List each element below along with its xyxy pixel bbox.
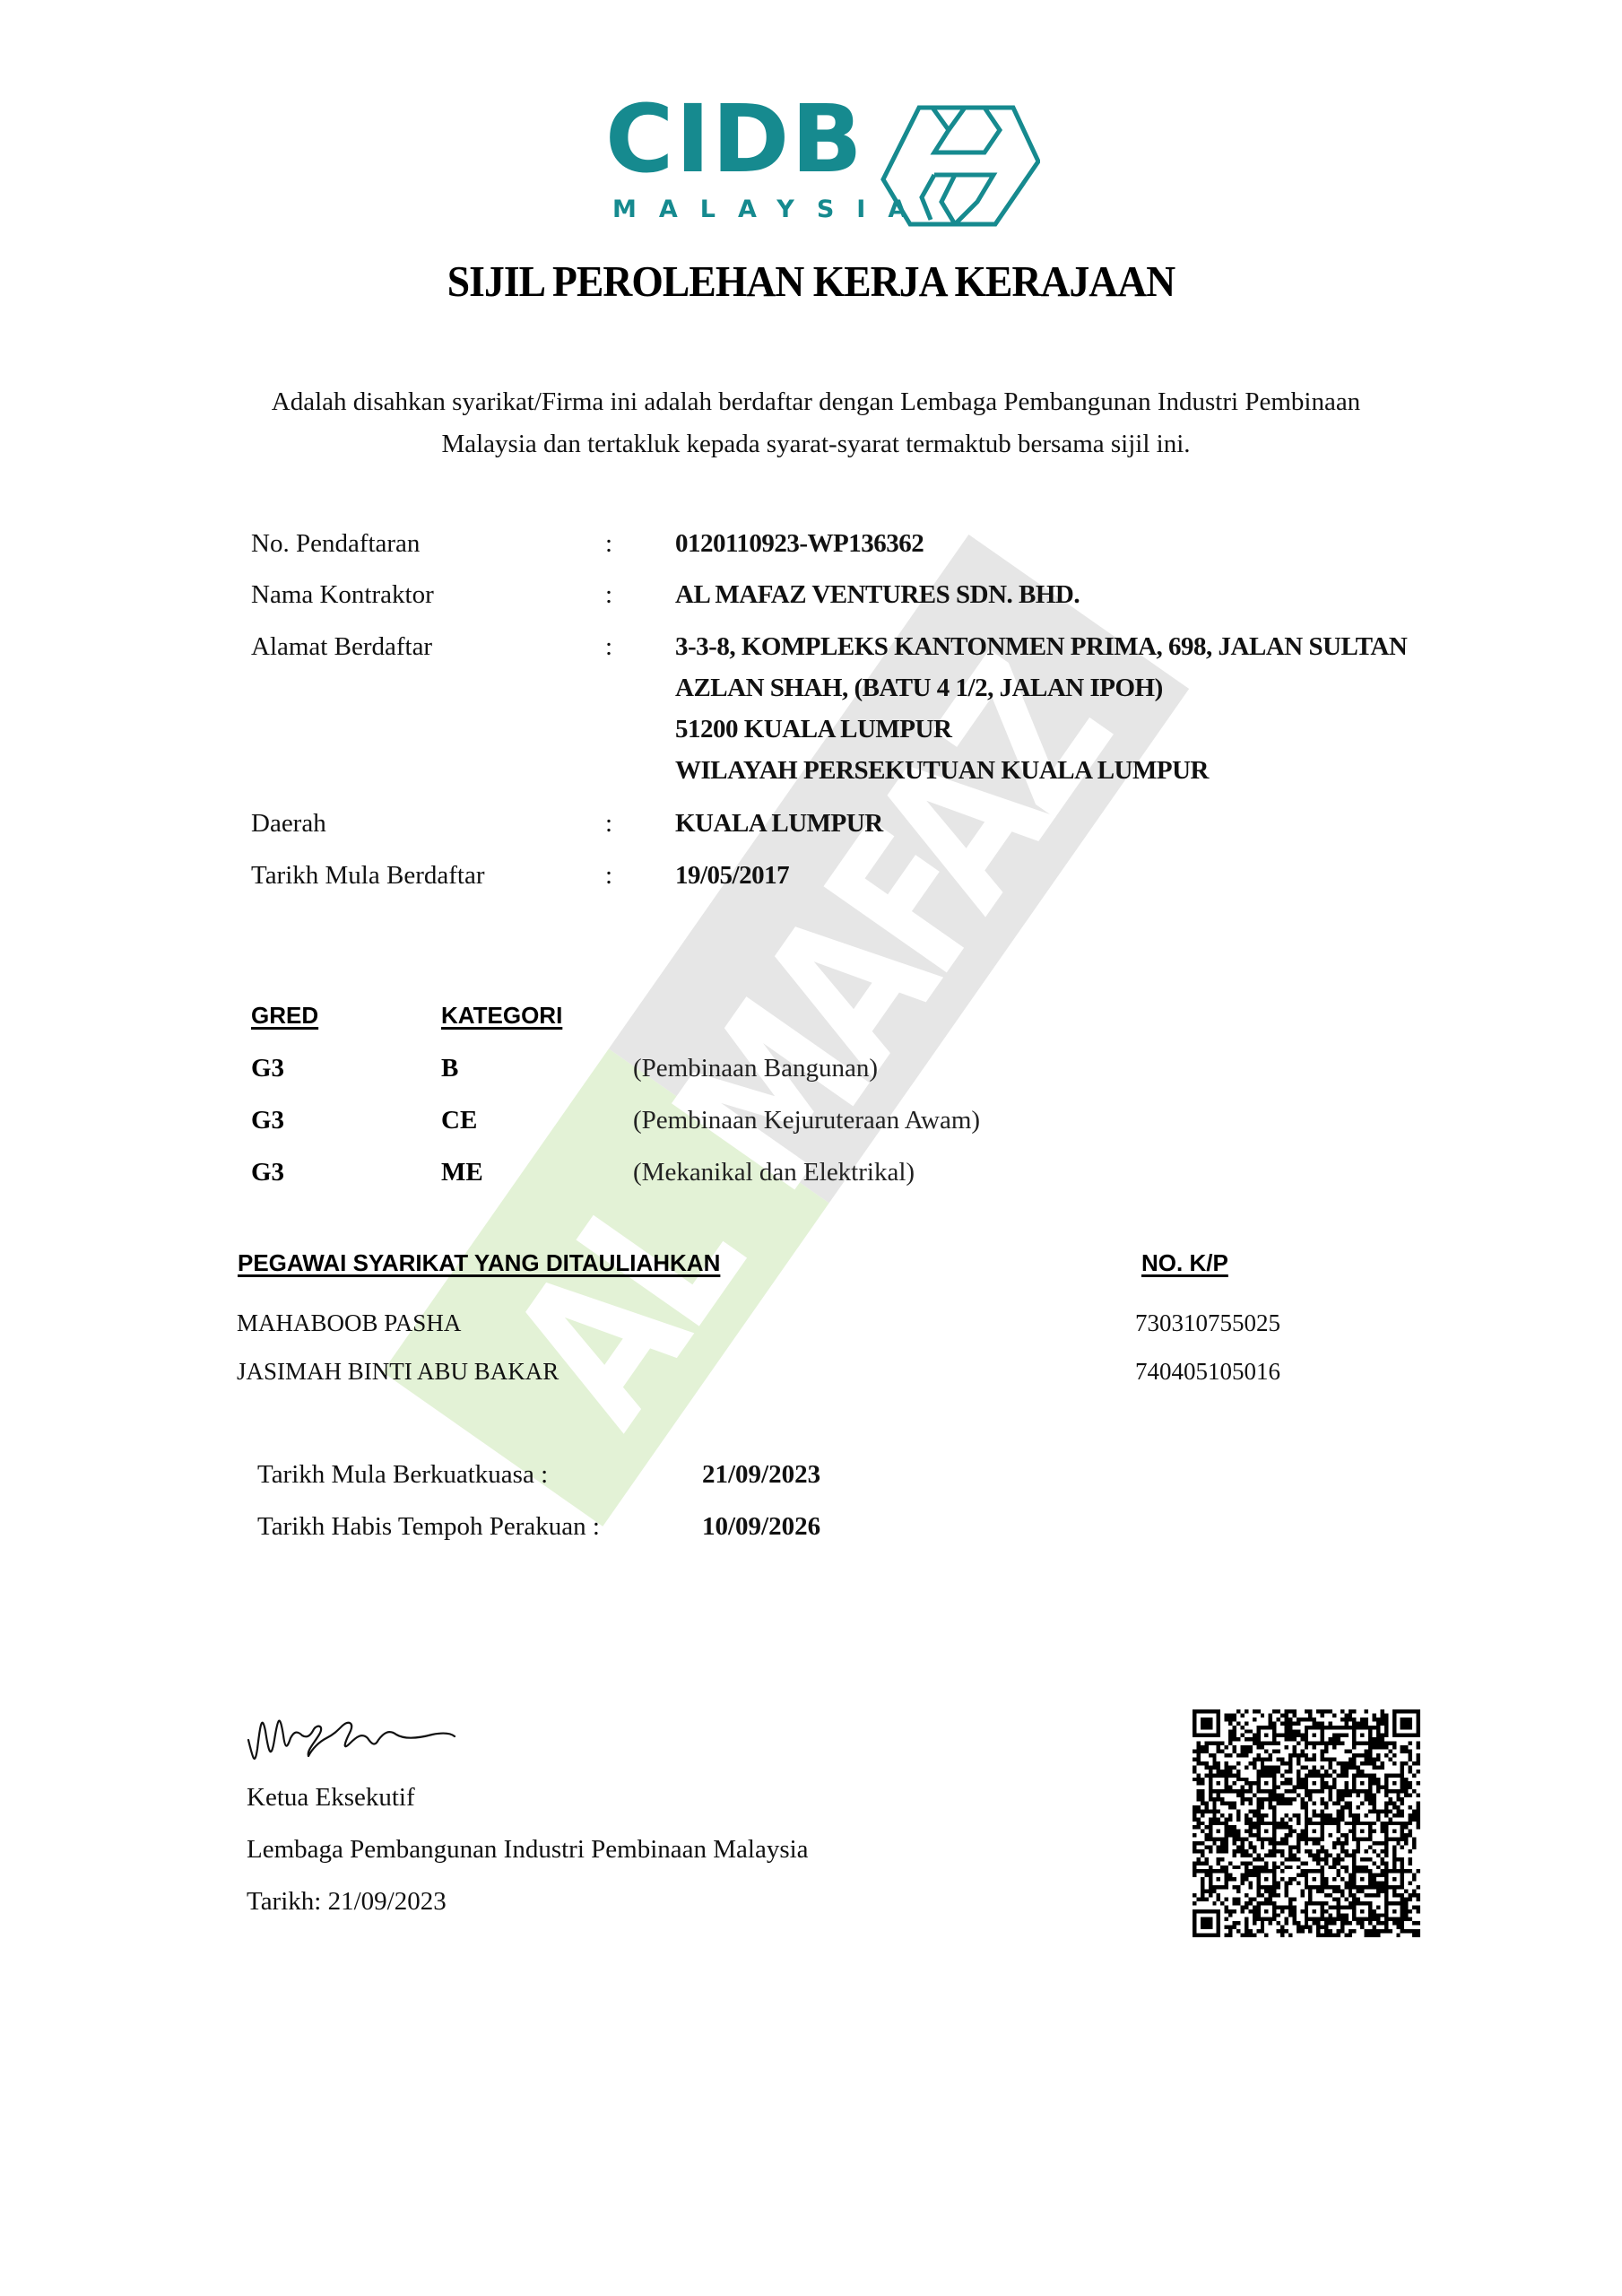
officer-name-header: PEGAWAI SYARIKAT YANG DITAULIAHKAN	[238, 1249, 720, 1277]
cidb-hexagon-mark-icon	[879, 103, 1040, 229]
field-label: No. Pendaftaran	[251, 529, 420, 559]
validity-start-date: 21/09/2023	[702, 1460, 820, 1490]
signatory-organization: Lembaga Pembangunan Industri Pembinaan M…	[247, 1835, 809, 1865]
logo-brand-text: CIDB	[605, 92, 864, 186]
address-line-3: 51200 KUALA LUMPUR	[675, 709, 951, 750]
field-colon: :	[605, 580, 612, 610]
description-cell: (Pembinaan Kejuruteraan Awam)	[633, 1106, 980, 1135]
officer-ic-header: NO. K/P	[1141, 1249, 1228, 1277]
intro-line-2: Malaysia dan tertakluk kepada syarat-sya…	[179, 423, 1453, 465]
validity-end-date: 10/09/2026	[702, 1512, 820, 1542]
grade-header: GRED	[251, 1002, 318, 1030]
certificate-intro: Adalah disahkan syarikat/Firma ini adala…	[179, 381, 1453, 465]
grade-cell: G3	[251, 1158, 284, 1187]
officer-ic: 740405105016	[1135, 1358, 1280, 1386]
officer-ic: 730310755025	[1135, 1309, 1280, 1337]
field-colon: :	[605, 632, 612, 662]
address-line-4: WILAYAH PERSEKUTUAN KUALA LUMPUR	[675, 750, 1209, 791]
signatory-position: Ketua Eksekutif	[247, 1783, 415, 1813]
officer-name: JASIMAH BINTI ABU BAKAR	[237, 1358, 559, 1386]
field-colon: :	[605, 809, 612, 839]
field-colon: :	[605, 861, 612, 891]
category-header: KATEGORI	[441, 1002, 562, 1030]
field-value: 0120110923-WP136362	[675, 523, 924, 564]
validity-start-label: Tarikh Mula Berkuatkuasa :	[257, 1460, 548, 1490]
address-line-2: AZLAN SHAH, (BATU 4 1/2, JALAN IPOH)	[675, 667, 1163, 709]
description-cell: (Pembinaan Bangunan)	[633, 1054, 878, 1083]
field-label: Daerah	[251, 809, 326, 839]
category-cell: B	[441, 1054, 458, 1083]
signatory-date: Tarikh: 21/09/2023	[247, 1887, 447, 1917]
validity-end-label: Tarikh Habis Tempoh Perakuan :	[257, 1512, 600, 1542]
intro-line-1: Adalah disahkan syarikat/Firma ini adala…	[179, 381, 1453, 423]
handwritten-signature-icon	[244, 1704, 513, 1771]
field-label: Tarikh Mula Berdaftar	[251, 861, 484, 891]
certificate-title: SIJIL PEROLEHAN KERJA KERAJAAN	[56, 256, 1565, 307]
category-cell: CE	[441, 1106, 477, 1135]
field-value: KUALA LUMPUR	[675, 803, 883, 844]
cidb-logo: CIDB MALAYSIA	[605, 103, 1027, 229]
category-cell: ME	[441, 1158, 483, 1187]
address-line-1: 3-3-8, KOMPLEKS KANTONMEN PRIMA, 698, JA…	[675, 626, 1407, 667]
description-cell: (Mekanikal dan Elektrikal)	[633, 1158, 915, 1187]
field-value: 19/05/2017	[675, 855, 789, 896]
grade-cell: G3	[251, 1054, 284, 1083]
grade-cell: G3	[251, 1106, 284, 1135]
field-colon: :	[605, 529, 612, 559]
officer-name: MAHABOOB PASHA	[237, 1309, 461, 1337]
field-value: AL MAFAZ VENTURES SDN. BHD.	[675, 574, 1080, 615]
field-label: Alamat Berdaftar	[251, 632, 432, 662]
qr-code-icon	[1193, 1709, 1420, 1937]
field-label: Nama Kontraktor	[251, 580, 434, 610]
